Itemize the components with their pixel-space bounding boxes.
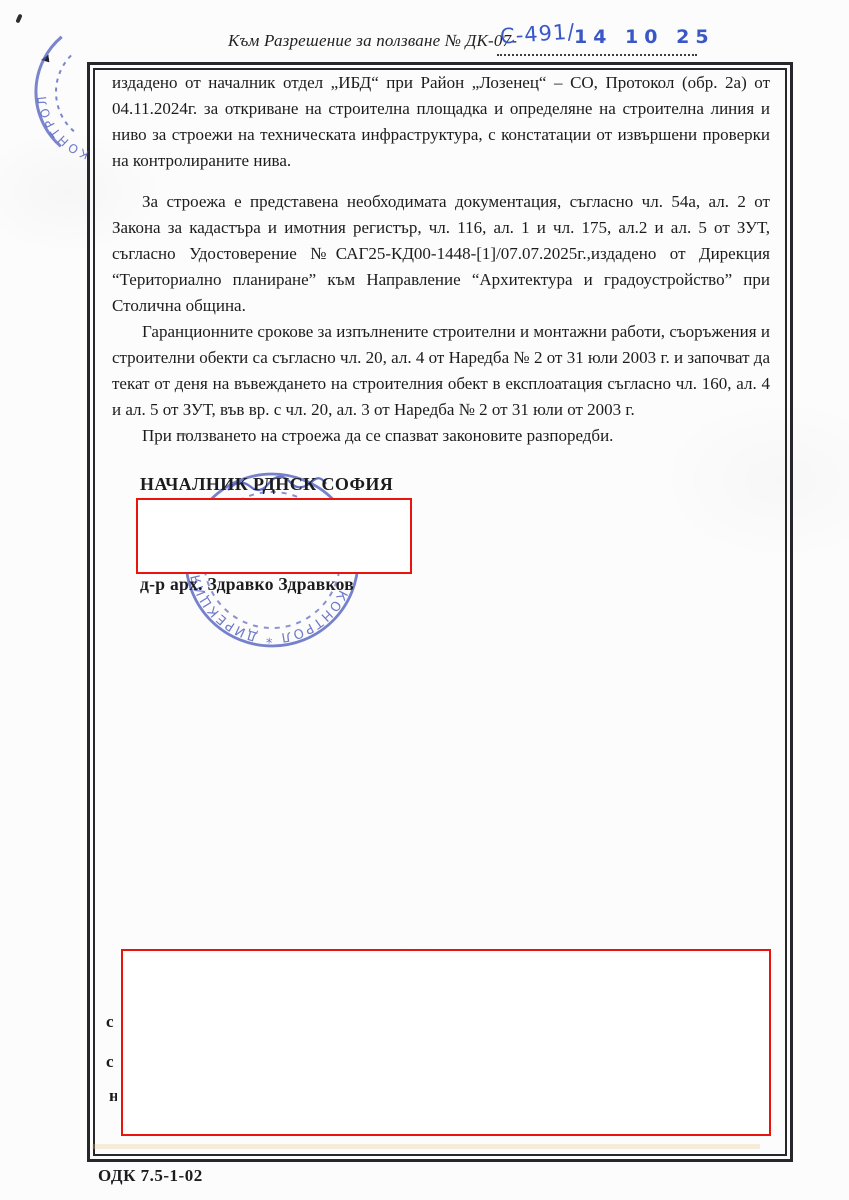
redaction-box-signature (136, 498, 412, 574)
scanned-document-page: Към Разрешение за ползване № ДК-07- С-49… (0, 0, 849, 1200)
document-body: издадено от началник отдел „ИБД“ при Рай… (112, 70, 770, 449)
body-paragraph-3: Гаранционните срокове за изпълнените стр… (112, 319, 770, 423)
body-paragraph-1: издадено от началник отдел „ИБД“ при Рай… (112, 70, 770, 174)
signatory-title: НАЧАЛНИК РДНСК СОФИЯ (140, 474, 393, 495)
body-paragraph-4: При ползването на строежа да се спазват … (112, 423, 770, 449)
scan-speck (15, 14, 22, 24)
svg-text:КОНТРОЛ: КОНТРОЛ (35, 93, 91, 162)
text-fragment-3: н (109, 1086, 117, 1104)
redaction-box-bottom (121, 949, 771, 1136)
text-fragment-1: с (106, 1012, 114, 1030)
scan-streak (92, 1144, 760, 1149)
scan-speck (179, 433, 187, 436)
text-fragment-2: с (106, 1052, 114, 1070)
header-reference-label: Към Разрешение за ползване № ДК-07- (228, 31, 517, 51)
body-paragraph-2: За строежа е представена необходимата до… (112, 189, 770, 319)
control-stamp-corner-icon: КОНТРОЛ (23, 7, 193, 177)
handwritten-date: 14 10 25 (574, 26, 715, 48)
form-code: ОДК 7.5-1-02 (98, 1166, 203, 1186)
corner-stamp-text: КОНТРОЛ (35, 93, 91, 162)
signatory-name: д-р арх. Здравко Здравков (140, 574, 354, 595)
